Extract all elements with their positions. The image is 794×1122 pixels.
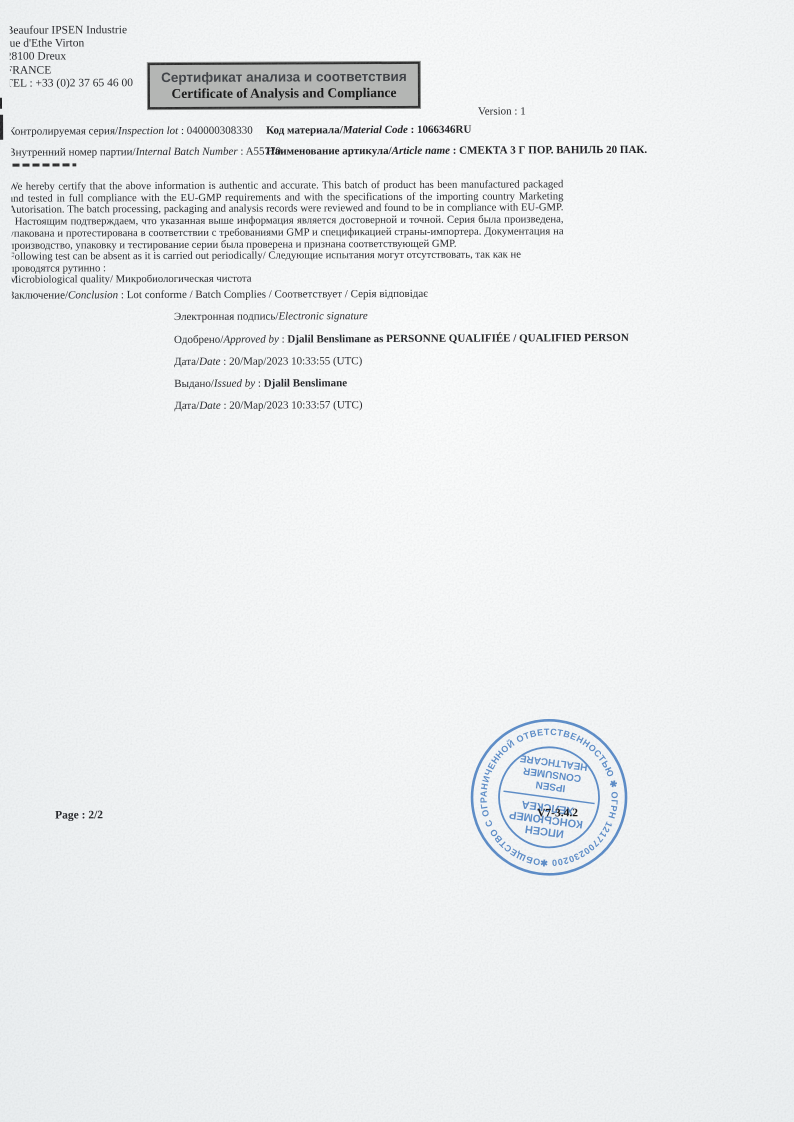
approval-date-value: : 20/Мар/2023 10:33:55 (UTC) [220, 355, 362, 368]
article-name-label-ru: Наименование артикула/ [266, 145, 391, 158]
approved-by-label-ru: Одобрено/ [174, 334, 223, 346]
approved-by-value: Djalil Benslimane as PERSONNE QUALIFIÉE … [287, 332, 628, 345]
issue-date-value: : 20/Мар/2023 10:33:57 (UTC) [221, 399, 363, 412]
internal-batch-line: Внутренний номер партии/Internal Batch N… [11, 146, 281, 159]
approval-date-label-ru: Дата/ [174, 356, 199, 368]
material-code-label-en: Material Code [343, 124, 408, 136]
electronic-signature-heading-ru: Электронная подпись/ [174, 311, 279, 323]
issued-by-label-ru: Выдано/ [174, 378, 214, 390]
document-title-box: Сертификат анализа и соответствия Certif… [148, 62, 420, 109]
periodic-test-note: Following test can be absent as it is ca… [12, 249, 572, 286]
conclusion-label-en: Conclusion [68, 289, 118, 301]
approved-by-line: Одобрено/Approved by : Djalil Benslimane… [174, 332, 629, 346]
inspection-lot-label-en: Inspection lot [118, 125, 178, 137]
company-address-line1: rue d'Ethe Virton [10, 37, 133, 51]
article-name-value: : СМЕКТА 3 Г ПОР. ВАНИЛЬ 20 ПАК. [450, 144, 647, 157]
company-name: Beaufour IPSEN Industrie [10, 24, 133, 38]
document-title-en: Certificate of Analysis and Compliance [171, 85, 396, 102]
company-stamp-icon: ОБЩЕСТВО С ОГРАНИЧЕННОЙ ОТВЕТСТВЕННОСТЬЮ… [452, 701, 646, 895]
conclusion-value: : Lot conforme / Batch Complies / Соотве… [118, 288, 428, 301]
version-label: Version : 1 [478, 105, 526, 117]
issued-by-label-en: Issued by [214, 378, 255, 390]
scan-artifact-mark [0, 98, 2, 109]
electronic-signature-heading: Электронная подпись/Electronic signature [174, 310, 368, 323]
material-code-label-ru: Код материала/ [266, 124, 343, 136]
approval-date-label-en: Date [199, 356, 220, 368]
approved-by-label-en: Approved by [223, 334, 279, 346]
material-code-value: : 1066346RU [408, 124, 472, 136]
conclusion-label-ru: Заключение/ [12, 289, 68, 301]
issue-date-label-en: Date [199, 400, 220, 412]
scanned-certificate-page: Beaufour IPSEN Industrie rue d'Ethe Virt… [0, 0, 794, 1122]
certification-paragraph: We hereby certify that the above informa… [11, 179, 563, 252]
sender-address-block: Beaufour IPSEN Industrie rue d'Ethe Virt… [10, 24, 133, 91]
article-name-label-en: Article name [392, 145, 450, 157]
dashed-separator [12, 163, 76, 166]
company-phone: TEL : +33 (0)2 37 65 46 00 [10, 77, 133, 91]
issued-by-line: Выдано/Issued by : Djalil Benslimane [174, 377, 347, 390]
issue-date-line: Дата/Date : 20/Мар/2023 10:33:57 (UTC) [174, 399, 362, 412]
inspection-lot-line: Контролируемая серия/Inspection lot : 04… [11, 125, 253, 138]
page-number: Page : 2/2 [55, 809, 103, 821]
stamp-center-text: ИПСЕН КОНСЬЮМЕР ХЕЛСКЕА IPSEN CONSUMER H… [498, 751, 600, 844]
issue-date-label-ru: Дата/ [174, 400, 199, 412]
internal-batch-label-ru: Внутренний номер партии/ [11, 146, 135, 159]
conclusion-line: Заключение/Conclusion : Lot conforme / B… [12, 288, 428, 302]
electronic-signature-heading-en: Electronic signature [278, 310, 367, 322]
scan-artifact-mark [0, 115, 3, 140]
approval-date-line: Дата/Date : 20/Мар/2023 10:33:55 (UTC) [174, 355, 362, 368]
periodic-test-note-line1: Following test can be absent as it is ca… [12, 249, 521, 274]
inspection-lot-label-ru: Контролируемая серия/ [11, 125, 118, 137]
issued-by-value: Djalil Benslimane [264, 377, 347, 389]
material-code-line: Код материала/Material Code : 1066346RU [266, 124, 471, 137]
company-country: FRANCE [10, 64, 133, 78]
company-address-line2: 28100 Dreux [10, 51, 133, 65]
version-code: V7-3.4.2 [537, 807, 578, 819]
microbiological-note: Microbiological quality/ Микробиологичес… [12, 273, 252, 286]
inspection-lot-value: : 040000308330 [178, 125, 253, 137]
document-title-ru: Сертификат анализа и соответствия [161, 69, 407, 86]
article-name-line: Наименование артикула/Article name : СМЕ… [266, 144, 647, 158]
internal-batch-label-en: Internal Batch Number [136, 146, 238, 158]
